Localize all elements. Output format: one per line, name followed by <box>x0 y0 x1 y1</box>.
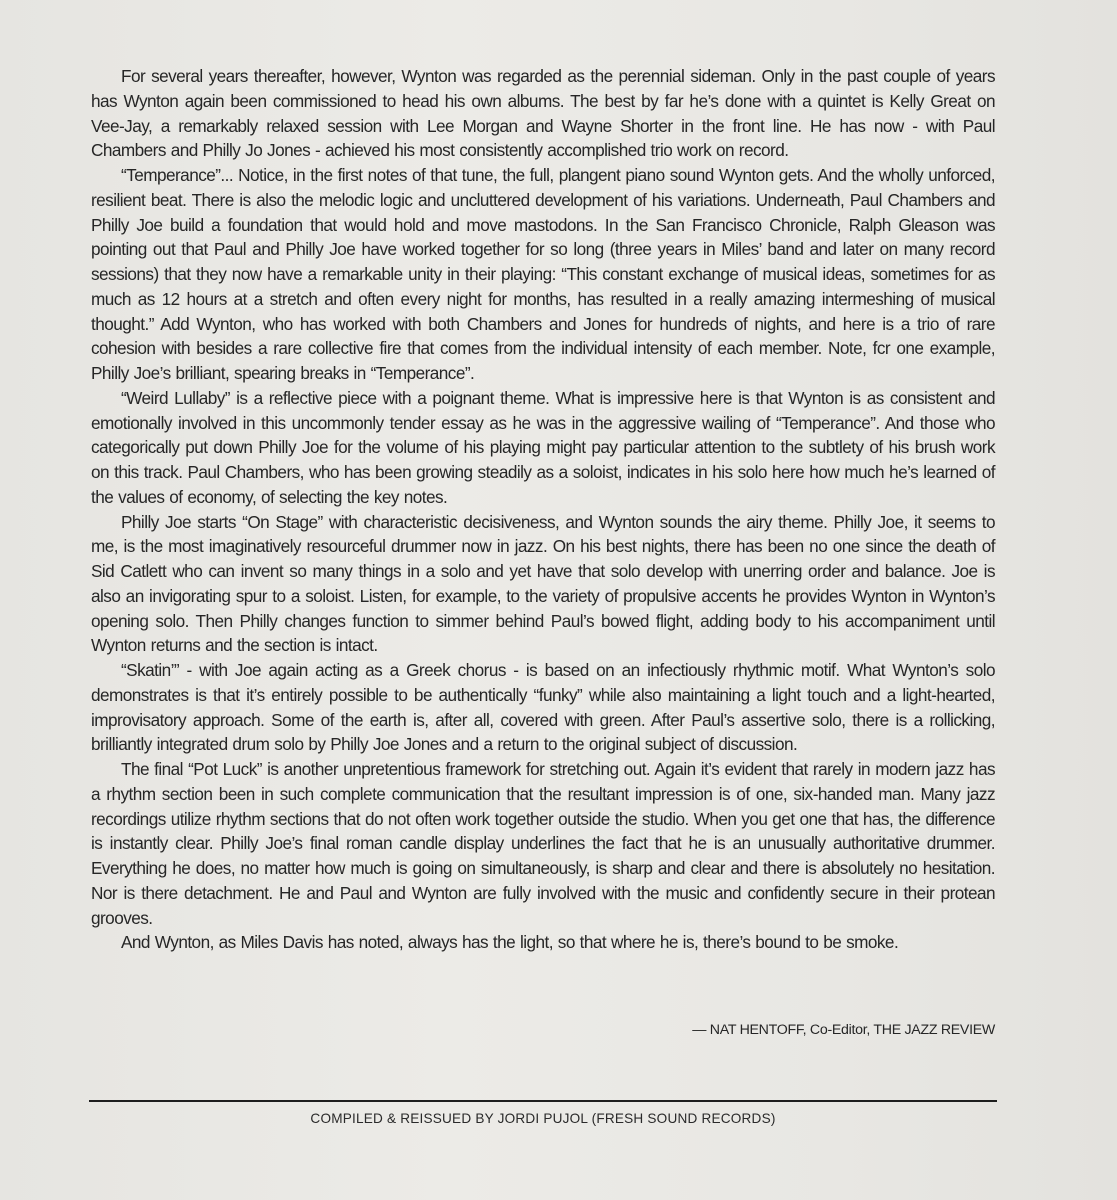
horizontal-rule <box>89 1100 997 1102</box>
author-signature: — NAT HENTOFF, Co-Editor, THE JAZZ REVIE… <box>91 1018 995 1042</box>
reissue-credit: COMPILED & REISSUED BY JORDI PUJOL (FRES… <box>89 1108 997 1130</box>
paragraph-skatin: “Skatin’” - with Joe again acting as a G… <box>91 658 995 757</box>
paragraph-weird-lullaby: “Weird Lullaby” is a reflective piece wi… <box>91 386 995 510</box>
paragraph-on-stage: Philly Joe starts “On Stage” with charac… <box>91 510 995 659</box>
liner-notes-body: For several years thereafter, however, W… <box>91 64 995 955</box>
paragraph-sideman: For several years thereafter, however, W… <box>91 64 995 163</box>
paragraph-pot-luck: The final “Pot Luck” is another unpreten… <box>91 757 995 930</box>
paragraph-closing: And Wynton, as Miles Davis has noted, al… <box>91 930 995 955</box>
paragraph-temperance: “Temperance”... Notice, in the first not… <box>91 163 995 386</box>
